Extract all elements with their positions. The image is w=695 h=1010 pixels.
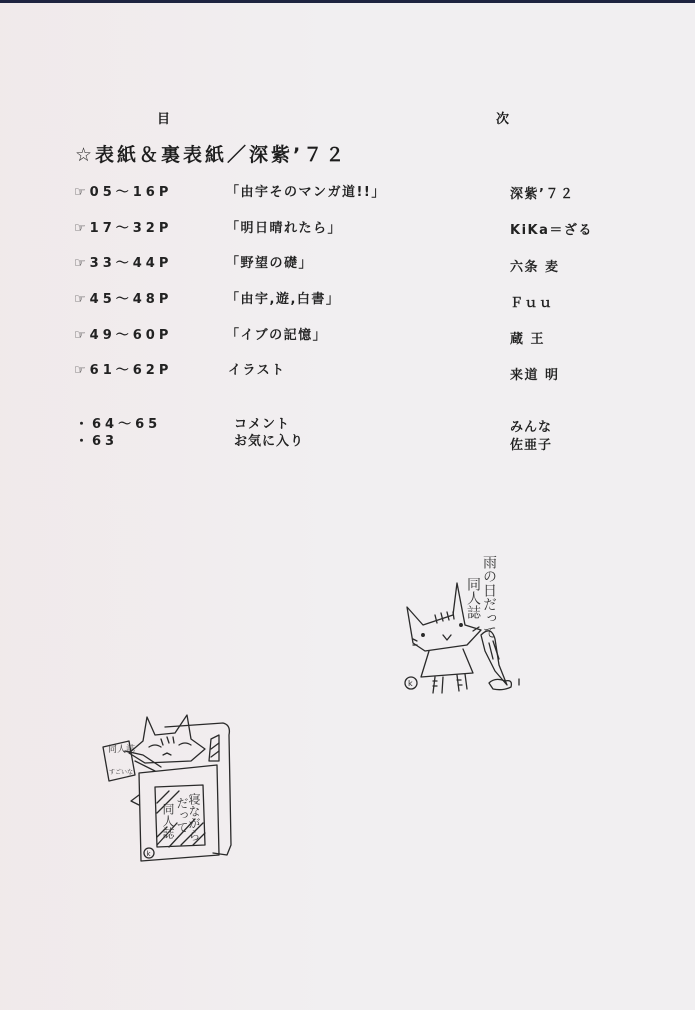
blanket-text-line3: 同人誌: [161, 803, 174, 839]
story-title: 「野望の礎」: [226, 252, 313, 271]
author: KiKa＝ざる: [510, 219, 593, 238]
page-range: ☞17～32P: [74, 217, 172, 236]
toc-heading-ji: 次: [496, 108, 509, 127]
toc-heading-moku: 目: [157, 108, 170, 127]
story-title: 「イブの記憶」: [226, 324, 327, 343]
page-range: ☞61～62P: [74, 359, 172, 378]
author: Ｆｕｕ: [510, 292, 554, 311]
svg-text:k: k: [147, 850, 152, 858]
page-range: ・63: [75, 430, 118, 449]
cover-credit: ☆表紙＆裏表紙／深紫’７２: [75, 140, 347, 167]
author: 佐亜子: [510, 434, 552, 453]
cat-in-bed-icon: k: [95, 705, 255, 875]
rainy-caption-line2: 同人誌: [465, 577, 481, 619]
rainy-caption-line1: 雨の日だって: [481, 555, 497, 639]
author: みんな: [510, 416, 552, 435]
page-range: ☞33～44P: [74, 252, 172, 271]
story-title: 「由宇,遊,白書」: [226, 288, 340, 307]
section-title: お気に入り: [234, 430, 304, 449]
story-title: 「由宇そのマンガ道!!」: [226, 181, 386, 200]
sleeping-cat-illustration: k 同人誌 すごいな 寝ながら だって 同人誌: [95, 705, 255, 875]
story-title: 「明日晴れたら」: [226, 217, 342, 236]
author: 六条 麦: [510, 256, 560, 275]
card-subtext: すごいな: [109, 769, 133, 776]
author: 深紫’７２: [510, 183, 574, 202]
page-range: ☞45～48P: [74, 288, 172, 307]
author: 蔵 王: [510, 328, 545, 347]
cat-with-umbrella-icon: k: [395, 555, 535, 695]
story-title: イラスト: [228, 359, 286, 378]
rainy-cat-illustration: k 雨の日だって 同人誌: [395, 555, 535, 695]
page-range: ☞05～16P: [74, 181, 172, 200]
blanket-text-line2: だって: [175, 797, 188, 833]
svg-text:k: k: [408, 679, 413, 688]
card-text: 同人誌: [108, 745, 135, 755]
page-range: ☞49～60P: [74, 324, 172, 343]
author: 来道 明: [510, 364, 560, 383]
